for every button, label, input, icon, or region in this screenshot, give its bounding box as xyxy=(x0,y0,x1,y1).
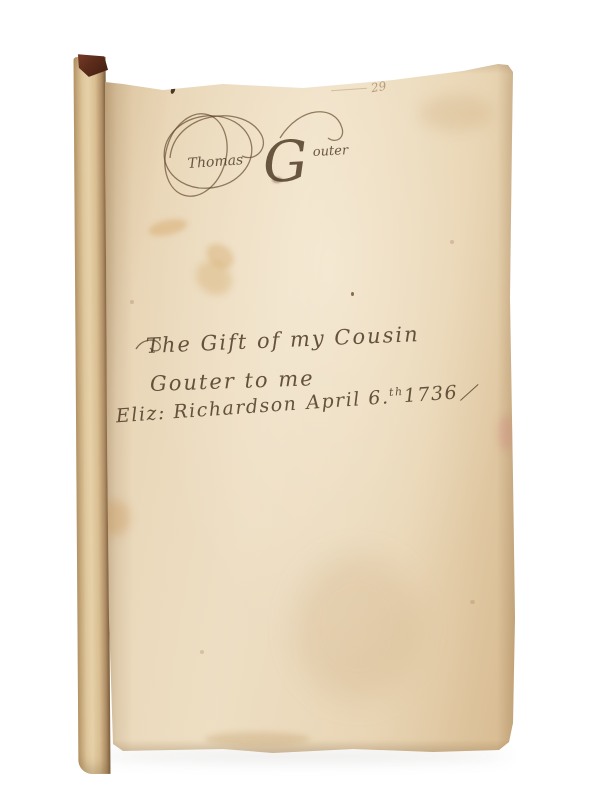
foxing-spot xyxy=(470,600,475,604)
signature-surname-initial: G xyxy=(261,129,309,196)
inscription-line-1: The Gift of my Cousin xyxy=(145,322,420,358)
signature-surname-rest: outer xyxy=(312,143,349,160)
photo-background: Thomas G outer 29 The Gift of my Cousin … xyxy=(0,0,600,812)
signature-flourish-area: Thomas G outer xyxy=(150,100,380,210)
top-edge-toning xyxy=(103,58,517,74)
stain xyxy=(147,216,189,239)
stain xyxy=(201,238,238,273)
corner-mark-dash xyxy=(331,88,367,92)
inscription-date: April 6. xyxy=(306,386,391,414)
inscription-line-2: Gouter to me xyxy=(150,366,315,396)
antique-book: Thomas G outer 29 The Gift of my Cousin … xyxy=(0,0,600,812)
inscription-year: 1736 xyxy=(403,381,459,407)
stain xyxy=(205,732,310,746)
water-stain xyxy=(295,555,420,700)
foxing-spot xyxy=(450,240,454,244)
foxing-spot xyxy=(200,650,204,654)
foxing-spot xyxy=(351,292,354,296)
foxing-spot xyxy=(130,300,134,304)
corner-mark: 29 xyxy=(370,79,387,95)
cast-shadow xyxy=(95,750,510,762)
flyleaf-page: Thomas G outer 29 The Gift of my Cousin … xyxy=(103,58,517,758)
book-cover-edge xyxy=(73,57,110,774)
stain xyxy=(420,95,492,131)
inscription-date-suffix: th xyxy=(389,385,404,399)
stain xyxy=(189,254,238,302)
signature-first-name: Thomas xyxy=(187,152,244,172)
inscription-owner-name: Eliz: Richardson xyxy=(115,393,298,428)
word-gap xyxy=(298,409,307,410)
terminal-flourish xyxy=(460,384,479,401)
right-edge-toning xyxy=(497,58,517,758)
ink-speck xyxy=(170,86,176,95)
pink-stain xyxy=(498,415,514,451)
